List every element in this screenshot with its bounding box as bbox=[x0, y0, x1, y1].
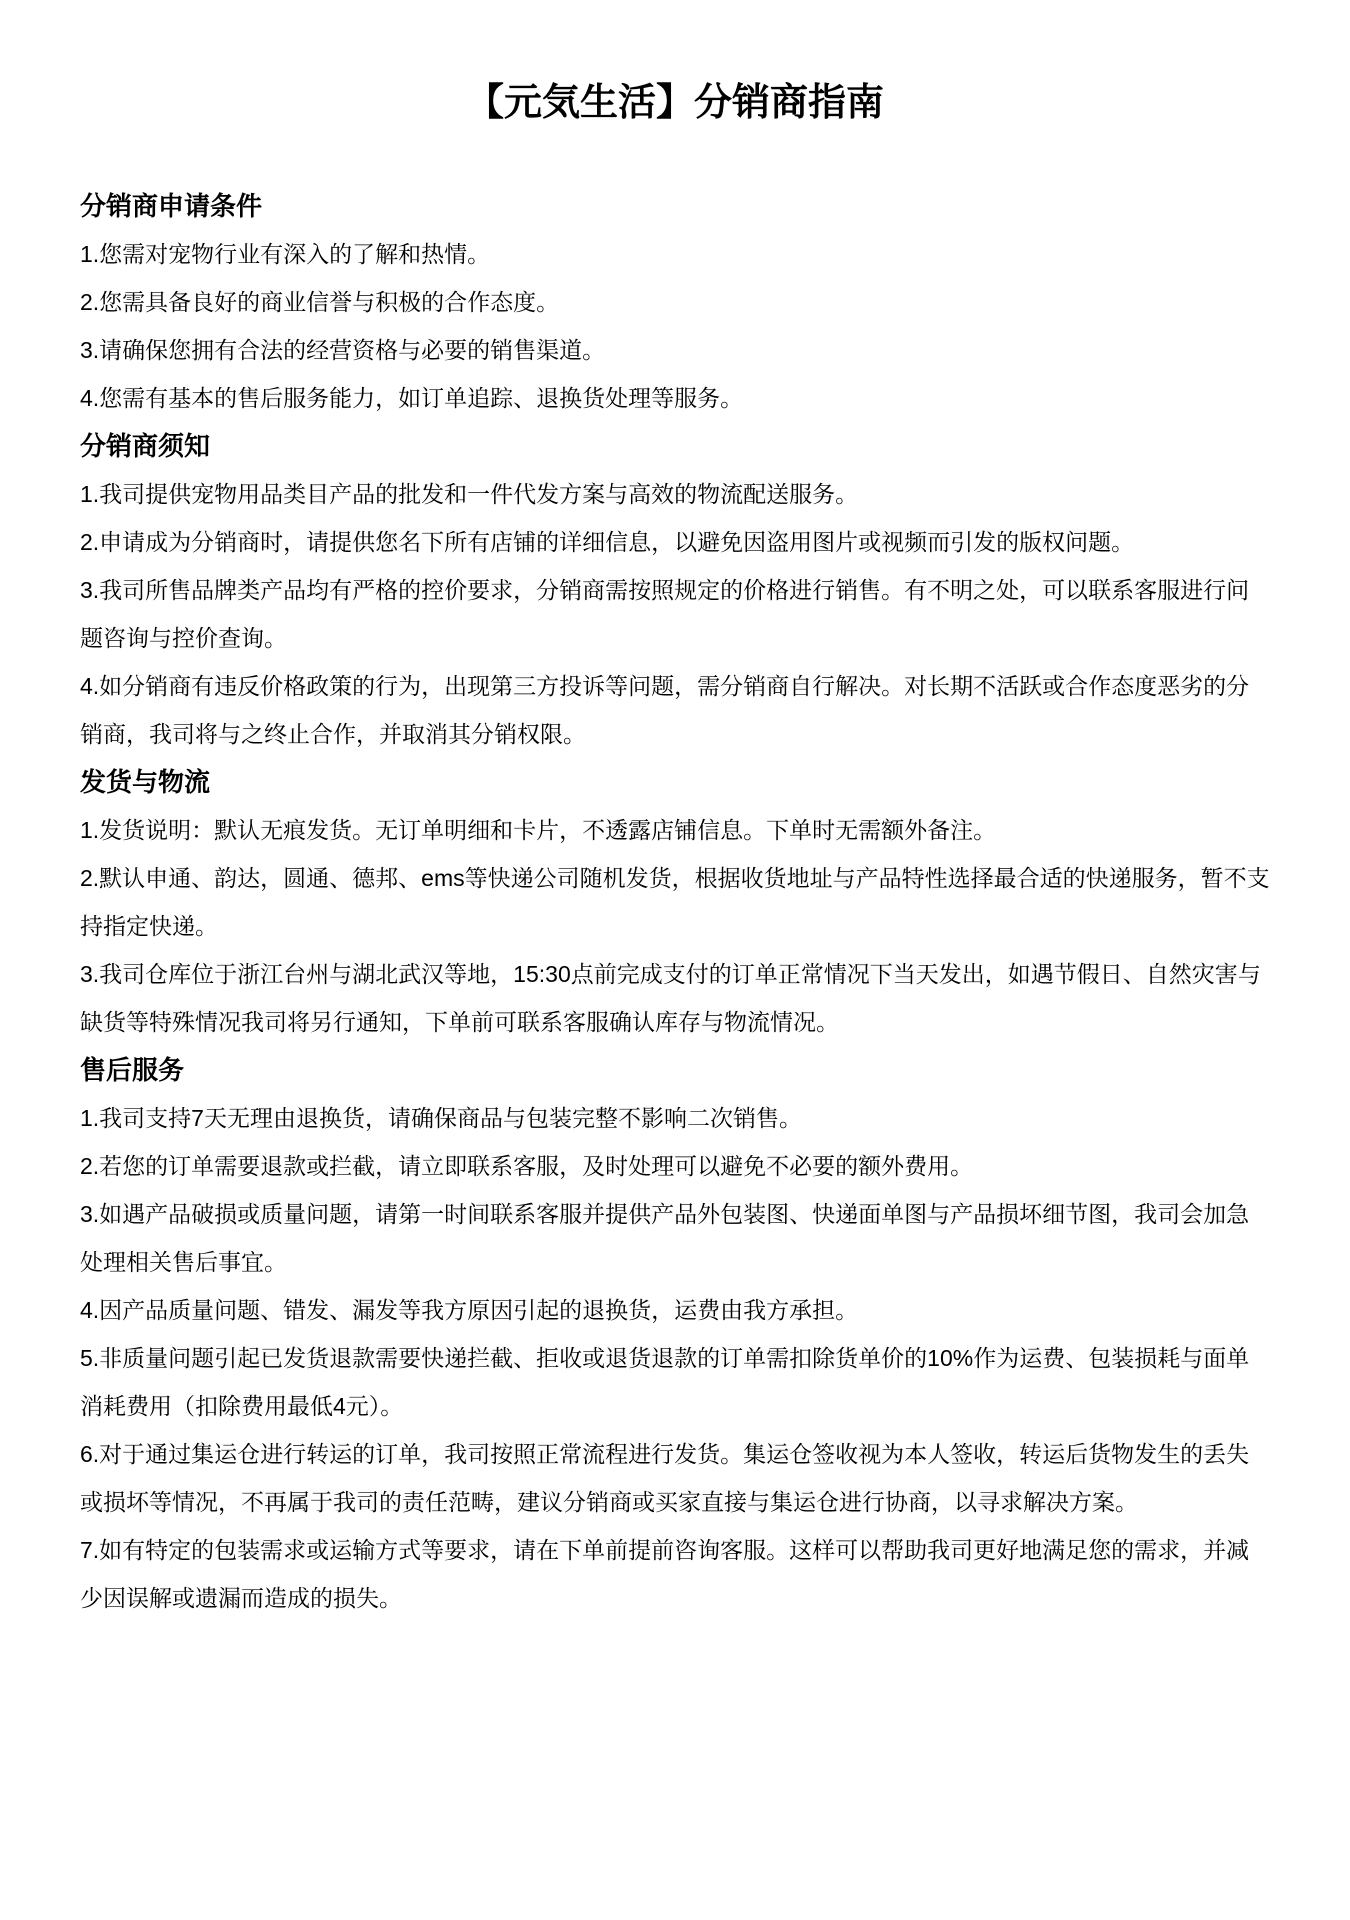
guideline-item: 3.我司所售品牌类产品均有严格的控价要求，分销商需按照规定的价格进行销售。有不明… bbox=[80, 566, 1270, 662]
guideline-item: 4.如分销商有违反价格政策的行为，出现第三方投诉等问题，需分销商自行解决。对长期… bbox=[80, 662, 1270, 758]
section-heading: 分销商申请条件 bbox=[80, 182, 1270, 230]
guideline-item: 7.如有特定的包装需求或运输方式等要求，请在下单前提前咨询客服。这样可以帮助我司… bbox=[80, 1526, 1270, 1622]
guideline-item: 1.您需对宠物行业有深入的了解和热情。 bbox=[80, 230, 1270, 278]
guideline-item: 3.如遇产品破损或质量问题，请第一时间联系客服并提供产品外包装图、快递面单图与产… bbox=[80, 1190, 1270, 1286]
section-heading: 发货与物流 bbox=[80, 758, 1270, 806]
guideline-item: 4.因产品质量问题、错发、漏发等我方原因引起的退换货，运费由我方承担。 bbox=[80, 1286, 1270, 1334]
guideline-item: 3.我司仓库位于浙江台州与湖北武汉等地，15:30点前完成支付的订单正常情况下当… bbox=[80, 950, 1270, 1046]
guideline-item: 2.您需具备良好的商业信誉与积极的合作态度。 bbox=[80, 278, 1270, 326]
section-heading: 分销商须知 bbox=[80, 422, 1270, 470]
guideline-item: 1.发货说明：默认无痕发货。无订单明细和卡片，不透露店铺信息。下单时无需额外备注… bbox=[80, 806, 1270, 854]
guideline-item: 2.默认申通、韵达，圆通、德邦、ems等快递公司随机发货，根据收货地址与产品特性… bbox=[80, 854, 1270, 950]
guideline-item: 1.我司提供宠物用品类目产品的批发和一件代发方案与高效的物流配送服务。 bbox=[80, 470, 1270, 518]
guideline-item: 2.若您的订单需要退款或拦截，请立即联系客服，及时处理可以避免不必要的额外费用。 bbox=[80, 1142, 1270, 1190]
guideline-item: 5.非质量问题引起已发货退款需要快递拦截、拒收或退货退款的订单需扣除货单价的10… bbox=[80, 1334, 1270, 1430]
guideline-item: 3.请确保您拥有合法的经营资格与必要的销售渠道。 bbox=[80, 326, 1270, 374]
section-heading: 售后服务 bbox=[80, 1046, 1270, 1094]
guideline-item: 4.您需有基本的售后服务能力，如订单追踪、退换货处理等服务。 bbox=[80, 374, 1270, 422]
page-title: 【元気生活】分销商指南 bbox=[80, 80, 1270, 126]
guideline-item: 6.对于通过集运仓进行转运的订单，我司按照正常流程进行发货。集运仓签收视为本人签… bbox=[80, 1430, 1270, 1526]
document-page: 【元気生活】分销商指南 分销商申请条件1.您需对宠物行业有深入的了解和热情。2.… bbox=[0, 0, 1350, 1920]
guideline-item: 1.我司支持7天无理由退换货，请确保商品与包装完整不影响二次销售。 bbox=[80, 1094, 1270, 1142]
document-sections: 分销商申请条件1.您需对宠物行业有深入的了解和热情。2.您需具备良好的商业信誉与… bbox=[80, 182, 1270, 1622]
guideline-item: 2.申请成为分销商时，请提供您名下所有店铺的详细信息，以避免因盗用图片或视频而引… bbox=[80, 518, 1270, 566]
